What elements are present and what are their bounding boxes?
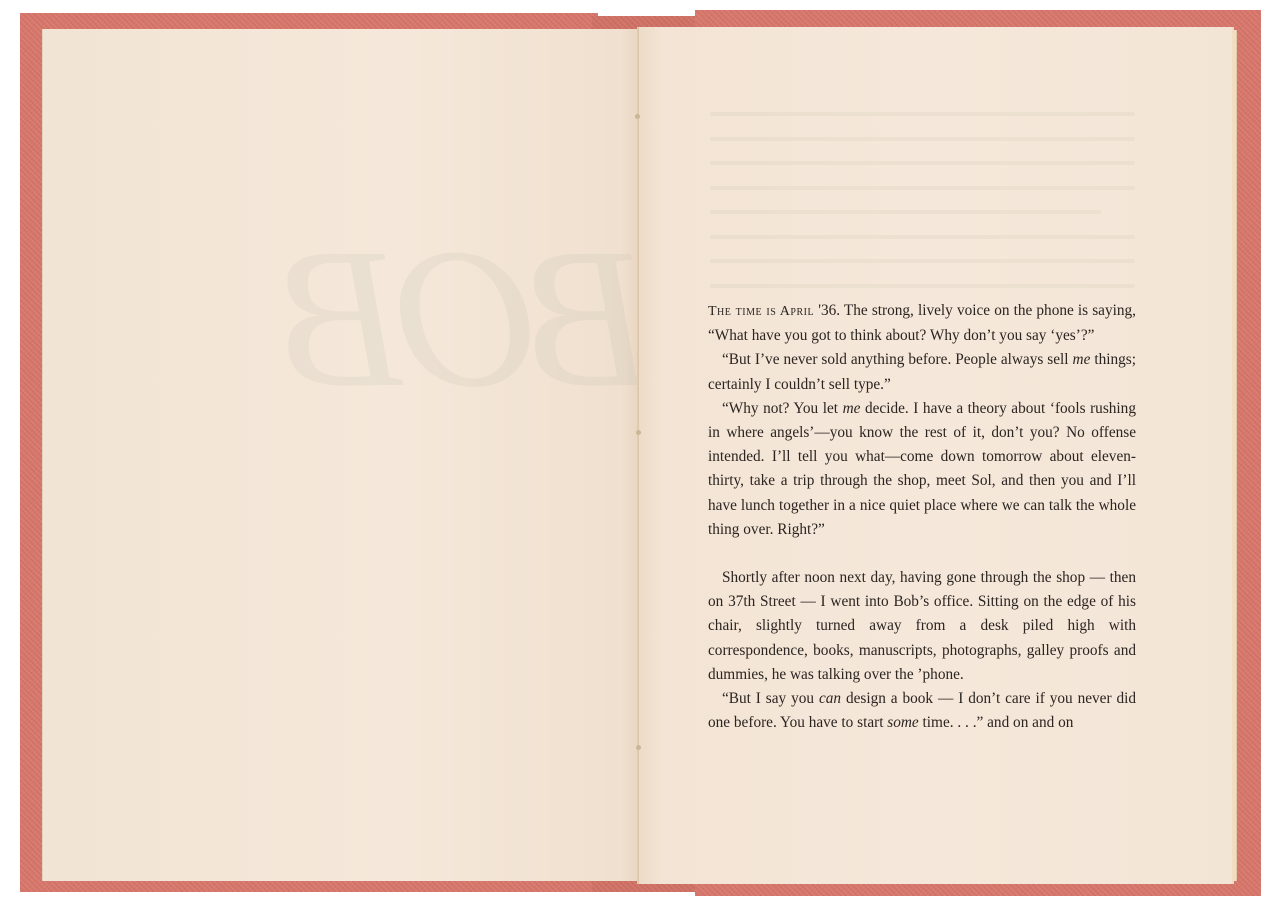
paragraph: The time is April '36. The strong, livel… xyxy=(708,299,1136,348)
text-segment: “But I’ve never sold anything before. Pe… xyxy=(722,351,1073,368)
text-segment: time. . . .” and on and on xyxy=(919,714,1074,731)
emphasis: me xyxy=(1073,351,1091,368)
page-edges xyxy=(1232,30,1237,881)
binding-stitch xyxy=(636,745,641,750)
binding-stitch xyxy=(636,430,641,435)
emphasis: some xyxy=(887,714,918,731)
showthrough-title: BOB xyxy=(293,219,652,419)
binding-stitch xyxy=(635,114,640,119)
showthrough-text xyxy=(710,112,1135,308)
text-segment: decide. I have a theory about ‘fools rus… xyxy=(708,400,1136,538)
lead-in: The time is April xyxy=(708,304,814,319)
paragraph: “But I say you can design a book — I don… xyxy=(708,687,1136,735)
body-text: The time is April '36. The strong, livel… xyxy=(708,299,1136,735)
paragraph: “But I’ve never sold anything before. Pe… xyxy=(708,348,1136,396)
gutter xyxy=(637,27,639,884)
text-segment: Shortly after noon next day, having gone… xyxy=(708,569,1136,683)
paragraph: Shortly after noon next day, having gone… xyxy=(708,566,1136,687)
text-segment: “Why not? You let xyxy=(722,400,843,417)
paragraph: “Why not? You let me decide. I have a th… xyxy=(708,397,1136,542)
text-segment: “But I say you xyxy=(722,690,819,707)
emphasis: me xyxy=(843,400,861,417)
emphasis: can xyxy=(819,690,841,707)
left-page: BOB xyxy=(42,29,639,881)
